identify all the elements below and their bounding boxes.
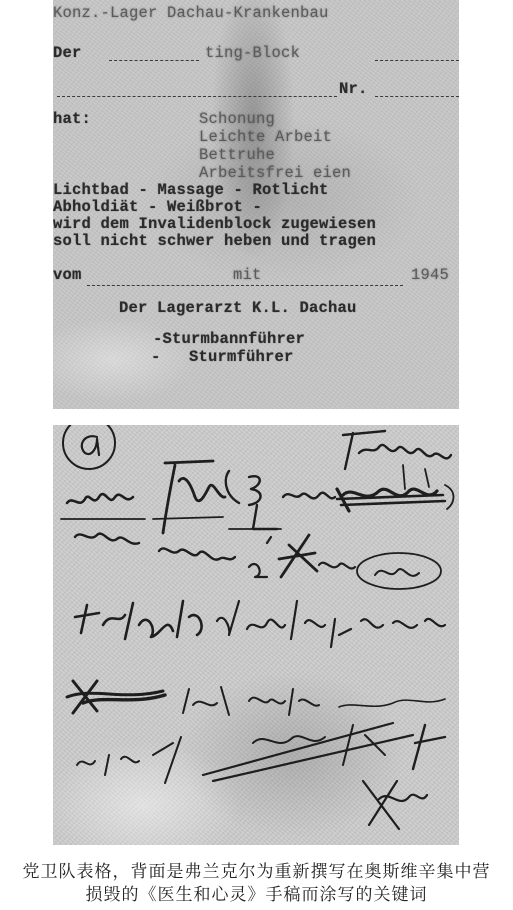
form-blank-line bbox=[109, 60, 199, 61]
form-rank-2: - Sturmführer bbox=[151, 348, 294, 366]
form-date-prefix: vom bbox=[53, 266, 82, 284]
form-has-label: hat: bbox=[53, 110, 91, 128]
caption-line-1: 党卫队表格，背面是弗兰克尔为重新撰写在奥斯维辛集中营 bbox=[0, 861, 513, 883]
form-option: Schonung bbox=[199, 110, 275, 128]
form-signature-line: Der Lagerarzt K.L. Dachau bbox=[119, 299, 357, 317]
form-date-middle: mit bbox=[233, 266, 262, 284]
form-block-prefix: Der bbox=[53, 44, 82, 62]
form-blank-line bbox=[375, 96, 459, 97]
form-line: Lichtbad - Massage - Rotlicht bbox=[53, 181, 329, 199]
form-block-suffix: ting-Block bbox=[205, 44, 300, 62]
form-blank-line bbox=[375, 60, 459, 61]
form-blank-line bbox=[57, 96, 337, 97]
handwriting-strokes bbox=[53, 425, 459, 845]
caption-line-2: 损毁的《医生和心灵》手稿而涂写的关键词 bbox=[0, 884, 513, 906]
handwritten-notes-scan: (a) bbox=[53, 425, 459, 845]
form-date-line bbox=[87, 285, 403, 286]
form-rank-1: -Sturmbannführer bbox=[153, 330, 305, 348]
form-option: Bettruhe bbox=[199, 146, 275, 164]
form-option: Arbeitsfrei eien bbox=[199, 164, 351, 182]
typed-form-scan: Konz.-Lager Dachau-Krankenbau Der ting-B… bbox=[53, 0, 459, 409]
form-option: Leichte Arbeit bbox=[199, 128, 332, 146]
form-line: soll nicht schwer heben und tragen bbox=[53, 232, 376, 250]
form-header: Konz.-Lager Dachau-Krankenbau bbox=[53, 4, 329, 22]
form-date-year: 1945 bbox=[411, 266, 449, 284]
form-line: wird dem Invalidenblock zugewiesen bbox=[53, 215, 376, 233]
form-number-label: Nr. bbox=[339, 80, 368, 98]
form-line: Abholdiät - Weißbrot - bbox=[53, 198, 262, 216]
